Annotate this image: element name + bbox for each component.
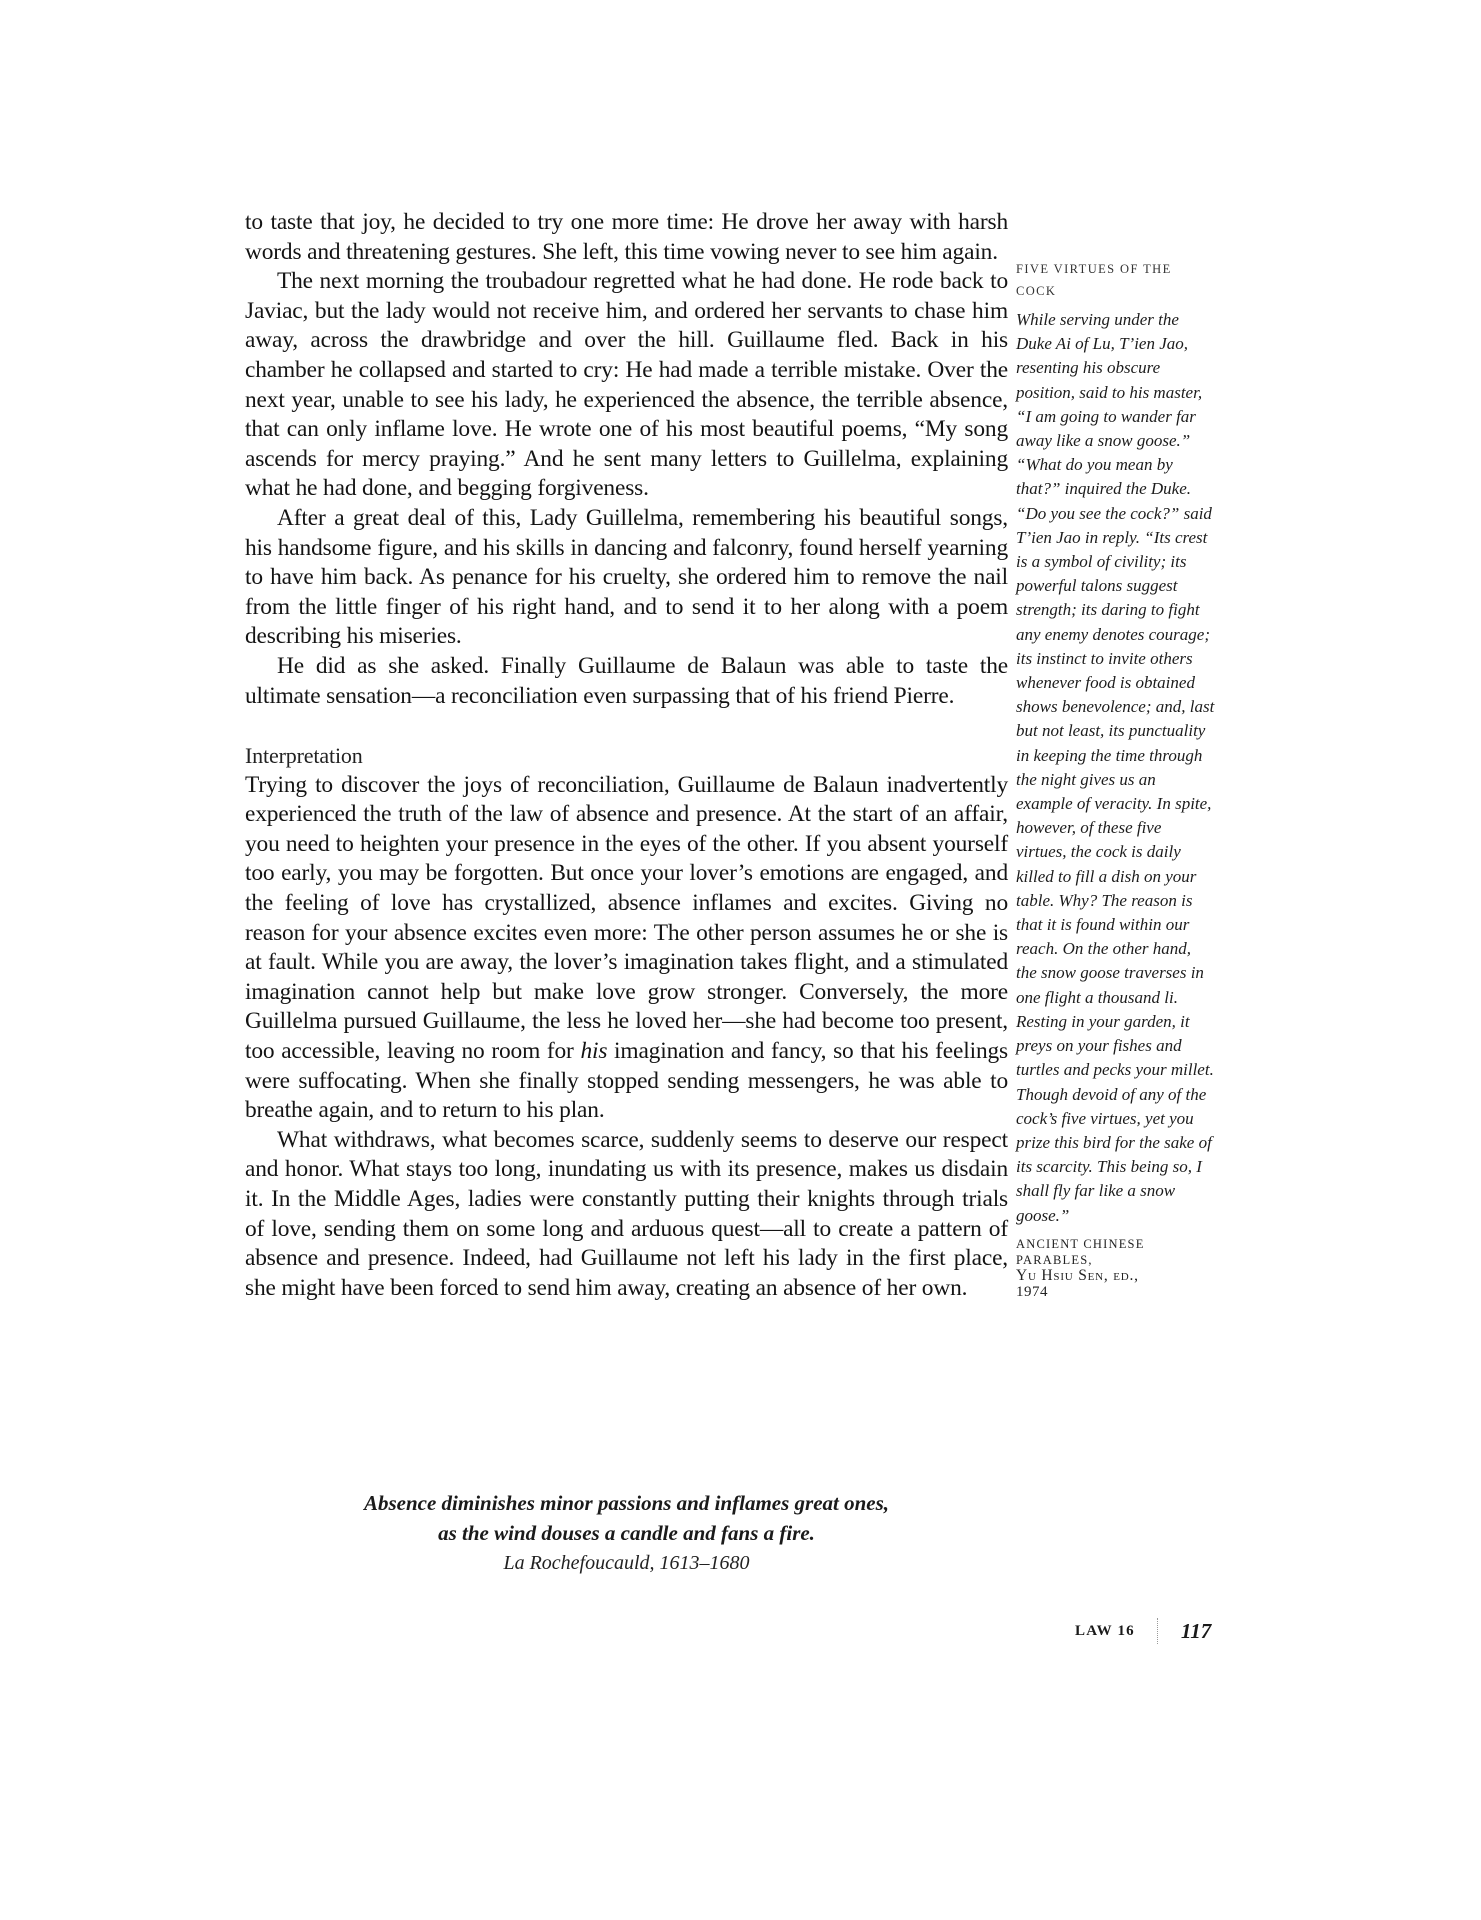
footer-divider	[1157, 1618, 1159, 1644]
page-number: 117	[1181, 1619, 1211, 1644]
body-paragraph: to taste that joy, he decided to try one…	[245, 208, 1008, 267]
interpretation-paragraph: What withdraws, what becomes scarce, sud…	[245, 1126, 1008, 1304]
interpretation-paragraph: Trying to discover the joys of reconcili…	[245, 771, 1008, 1126]
epigraph-line: Absence diminishes minor passions and in…	[245, 1488, 1008, 1518]
body-paragraph: The next morning the troubadour regrette…	[245, 267, 1008, 504]
source-title: Ancient Chinese Parables,	[1016, 1236, 1216, 1268]
sidebar-body: While serving under the Duke Ai of Lu, T…	[1016, 308, 1216, 1228]
margin-sidebar: Five Virtues of the Cock While serving u…	[1016, 258, 1216, 1300]
sidebar-paragraph: “What do you mean by that?” inquired the…	[1016, 453, 1216, 501]
epigraph-quote: Absence diminishes minor passions and in…	[245, 1488, 1008, 1578]
emphasis-text: his	[580, 1038, 607, 1064]
sidebar-paragraph: While serving under the Duke Ai of Lu, T…	[1016, 308, 1216, 453]
sidebar-paragraph: “Do you see the cock?” said T’ien Jao in…	[1016, 502, 1216, 1228]
section-heading-interpretation: Interpretation	[245, 741, 1008, 771]
text-run: Trying to discover the joys of reconcili…	[245, 772, 1008, 1064]
epigraph-attribution: La Rochefoucauld, 1613–1680	[245, 1548, 1008, 1578]
epigraph-line: as the wind douses a candle and fans a f…	[245, 1518, 1008, 1548]
sidebar-title: Five Virtues of the Cock	[1016, 258, 1216, 302]
main-text-column: to taste that joy, he decided to try one…	[245, 208, 1008, 1303]
source-editor: Yu Hsiu Sen, ed.,	[1016, 1268, 1216, 1284]
book-page: to taste that joy, he decided to try one…	[0, 0, 1481, 1920]
sidebar-source: Ancient Chinese Parables, Yu Hsiu Sen, e…	[1016, 1236, 1216, 1300]
body-paragraph: He did as she asked. Finally Guillaume d…	[245, 652, 1008, 711]
body-paragraph: After a great deal of this, Lady Guillel…	[245, 504, 1008, 652]
page-footer: LAW 16 117	[1075, 1614, 1211, 1648]
source-year: 1974	[1016, 1284, 1216, 1300]
running-head: LAW 16	[1075, 1623, 1135, 1640]
